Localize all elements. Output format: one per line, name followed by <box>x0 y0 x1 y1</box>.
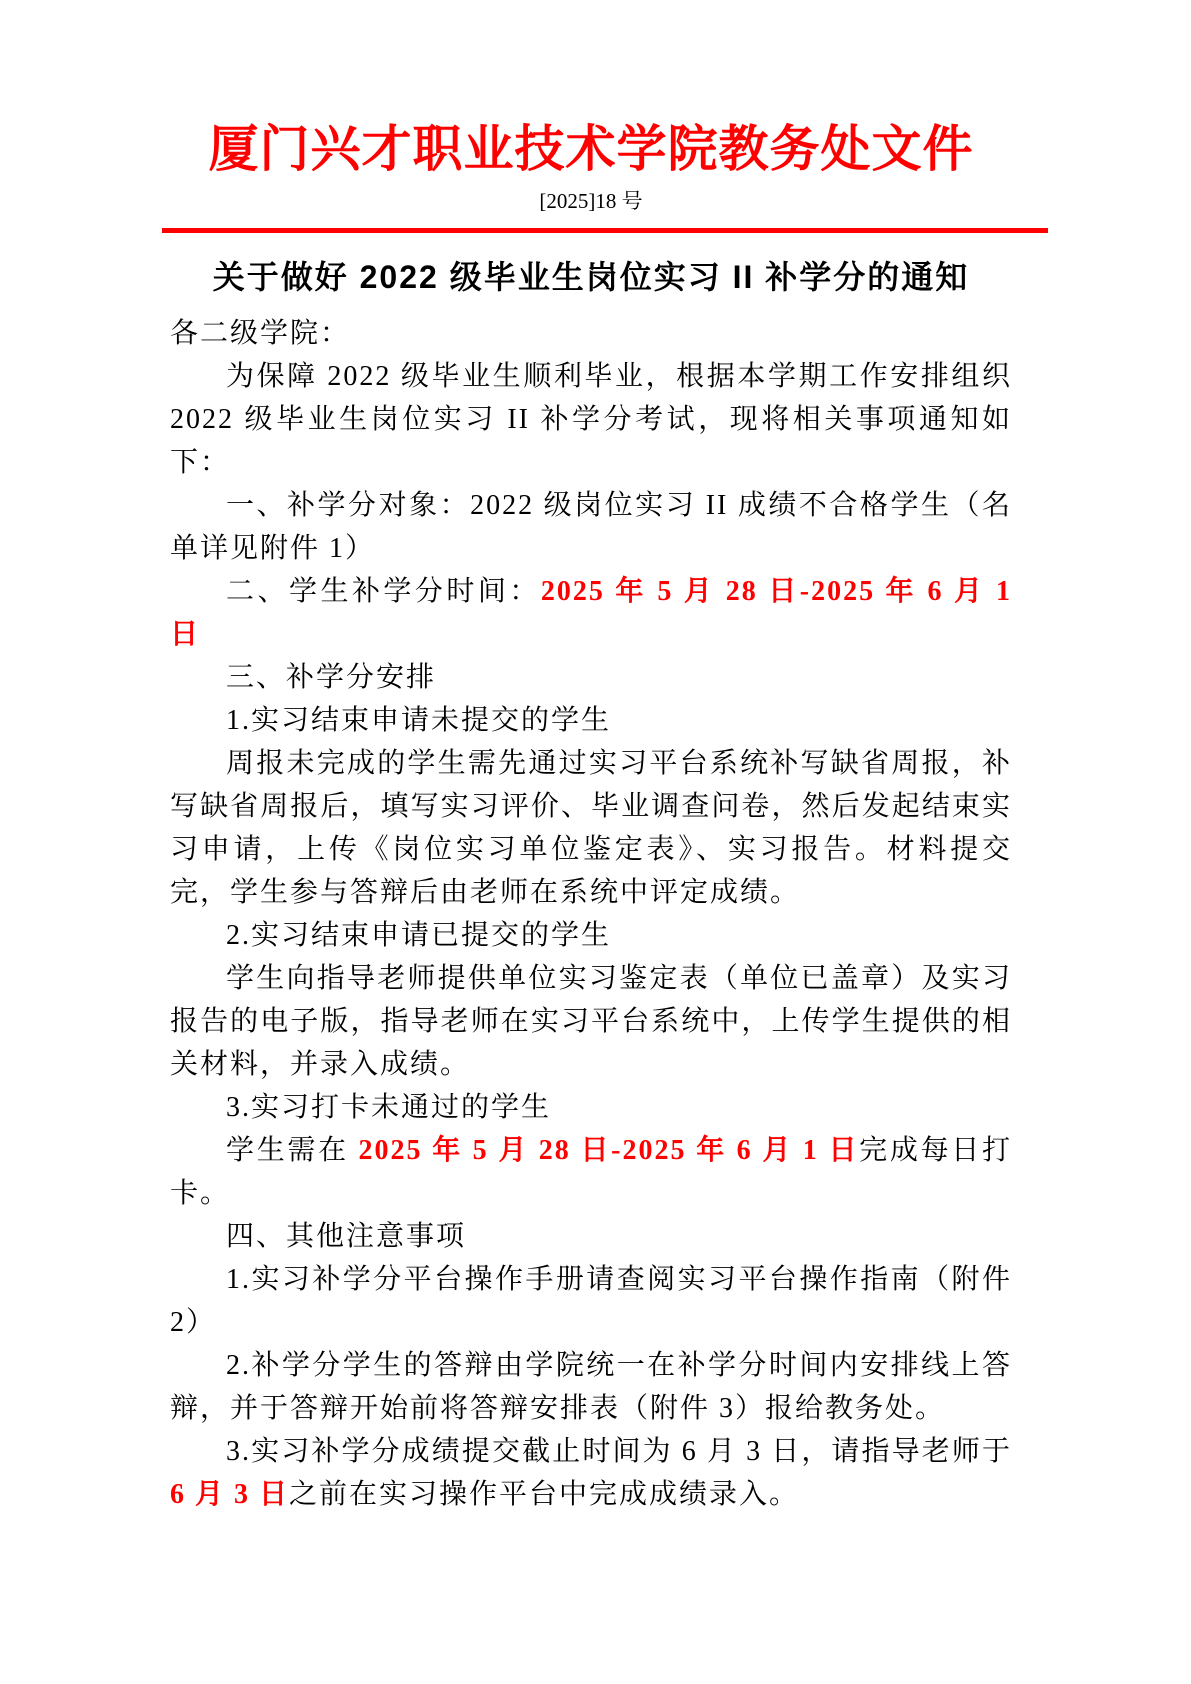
highlighted-date-text: 2025 年 5 月 28 日-2025 年 6 月 1 日 <box>359 1135 860 1166</box>
body-text-run: 为保障 2022 级毕业生顺利毕业，根据本学期工作安排组织 2022 级毕业生岗… <box>170 361 1012 478</box>
item-3-3-heading: 3.实习打卡未通过的学生 <box>170 1086 1012 1129</box>
body-text-run: 三、补学分安排 <box>226 662 436 693</box>
intro-paragraph: 为保障 2022 级毕业生顺利毕业，根据本学期工作安排组织 2022 级毕业生岗… <box>170 355 1012 484</box>
section-3-arrangement: 三、补学分安排 <box>170 656 1012 699</box>
section-1-target: 一、补学分对象：2022 级岗位实习 II 成绩不合格学生（名单详见附件 1） <box>170 484 1012 570</box>
body-text-run: 各二级学院： <box>170 318 350 349</box>
doc-number: [2025]18 号 <box>170 186 1012 216</box>
body-text-run: 学生需在 <box>226 1135 359 1166</box>
body-text-run: 3.实习打卡未通过的学生 <box>226 1092 551 1123</box>
item-3-1-heading: 1.实习结束申请未提交的学生 <box>170 699 1012 742</box>
body-text-run: 一、补学分对象：2022 级岗位实习 II 成绩不合格学生（名单详见附件 1） <box>170 490 1012 564</box>
body-text-run: 二、学生补学分时间： <box>226 576 541 607</box>
salutation: 各二级学院： <box>170 312 1012 355</box>
body-text-run: 2.实习结束申请已提交的学生 <box>226 920 611 951</box>
item-3-2-detail: 学生向指导老师提供单位实习鉴定表（单位已盖章）及实习报告的电子版，指导老师在实习… <box>170 957 1012 1086</box>
item-3-2-heading: 2.实习结束申请已提交的学生 <box>170 914 1012 957</box>
section-4-notes: 四、其他注意事项 <box>170 1215 1012 1258</box>
body-text-run: 之前在实习操作平台中完成成绩录入。 <box>289 1479 799 1510</box>
section-2-time: 二、学生补学分时间：2025 年 5 月 28 日-2025 年 6 月 1 日 <box>170 570 1012 656</box>
letterhead: 厦门兴才职业技术学院教务处文件 [2025]18 号 <box>170 118 1012 233</box>
body-text-run: 1.实习补学分平台操作手册请查阅实习平台操作指南（附件 2） <box>170 1264 1012 1338</box>
item-4-2: 2.补学分学生的答辩由学院统一在补学分时间内安排线上答辩，并于答辩开始前将答辩安… <box>170 1344 1012 1430</box>
body-text-run: 2.补学分学生的答辩由学院统一在补学分时间内安排线上答辩，并于答辩开始前将答辩安… <box>170 1350 1012 1424</box>
body-text-run: 学生向指导老师提供单位实习鉴定表（单位已盖章）及实习报告的电子版，指导老师在实习… <box>170 963 1012 1080</box>
body-text-run: 四、其他注意事项 <box>226 1221 466 1252</box>
body-text-run: 周报未完成的学生需先通过实习平台系统补写缺省周报，补写缺省周报后，填写实习评价、… <box>170 748 1012 908</box>
document-page: 厦门兴才职业技术学院教务处文件 [2025]18 号 关于做好 2022 级毕业… <box>0 0 1191 1684</box>
body-text-run: 1.实习结束申请未提交的学生 <box>226 705 611 736</box>
item-4-1: 1.实习补学分平台操作手册请查阅实习平台操作指南（附件 2） <box>170 1258 1012 1344</box>
red-divider-rule <box>162 228 1048 233</box>
item-3-1-detail: 周报未完成的学生需先通过实习平台系统补写缺省周报，补写缺省周报后，填写实习评价、… <box>170 742 1012 914</box>
body-text-run: 3.实习补学分成绩提交截止时间为 6 月 3 日，请指导老师于 <box>226 1436 1012 1467</box>
item-4-3: 3.实习补学分成绩提交截止时间为 6 月 3 日，请指导老师于 6 月 3 日之… <box>170 1430 1012 1516</box>
document-title: 关于做好 2022 级毕业生岗位实习 II 补学分的通知 <box>170 255 1012 300</box>
document-body: 各二级学院：为保障 2022 级毕业生顺利毕业，根据本学期工作安排组织 2022… <box>170 312 1012 1516</box>
item-3-3-detail: 学生需在 2025 年 5 月 28 日-2025 年 6 月 1 日完成每日打… <box>170 1129 1012 1215</box>
org-title: 厦门兴才职业技术学院教务处文件 <box>170 118 1012 180</box>
highlighted-date-text: 6 月 3 日 <box>170 1479 289 1510</box>
